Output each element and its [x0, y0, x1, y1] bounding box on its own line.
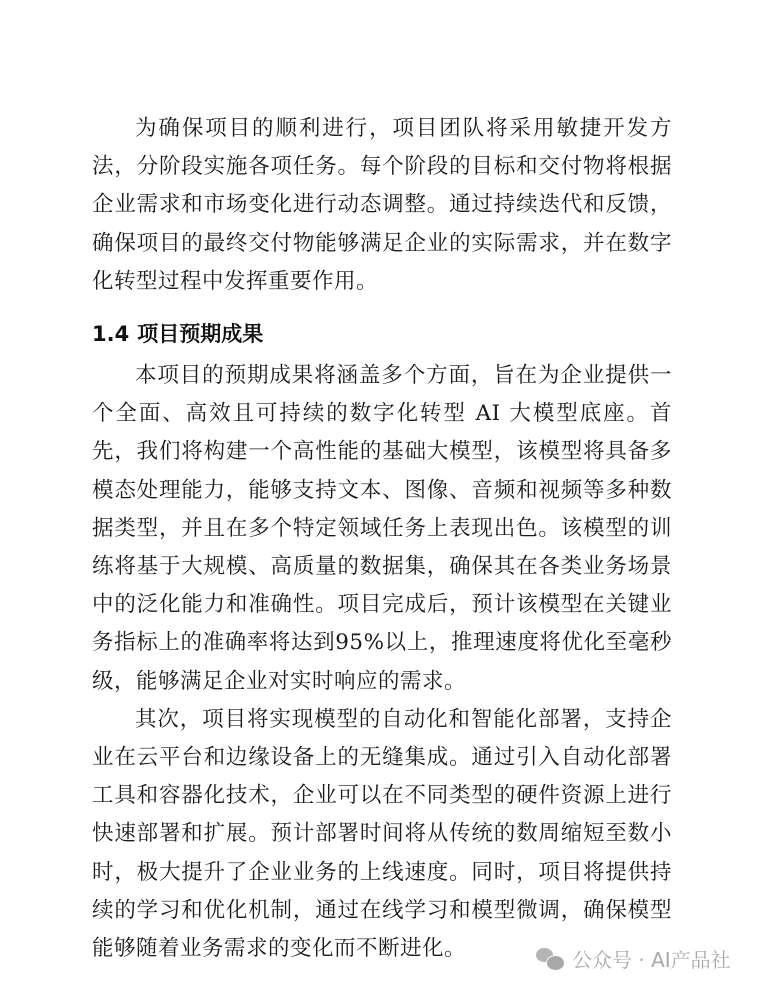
- document-page: 为确保项目的顺利进行，项目团队将采用敏捷开发方法，分阶段实施各项任务。每个阶段的…: [92, 110, 672, 968]
- paragraph-expected-outcomes: 本项目的预期成果将涵盖多个方面，旨在为企业提供一个全面、高效且可持续的数字化转型…: [92, 357, 672, 701]
- paragraph-agile-method: 为确保项目的顺利进行，项目团队将采用敏捷开发方法，分阶段实施各项任务。每个阶段的…: [92, 110, 672, 301]
- section-heading: 1.4项目预期成果: [92, 315, 672, 353]
- section-title: 项目预期成果: [137, 322, 263, 346]
- wechat-icon: [536, 948, 564, 970]
- watermark-text: 公众号 · AI产品社: [572, 944, 731, 973]
- section-number: 1.4: [92, 322, 129, 346]
- watermark: 公众号 · AI产品社: [536, 944, 731, 973]
- paragraph-deployment: 其次，项目将实现模型的自动化和智能化部署，支持企业在云平台和边缘设备上的无缝集成…: [92, 701, 672, 968]
